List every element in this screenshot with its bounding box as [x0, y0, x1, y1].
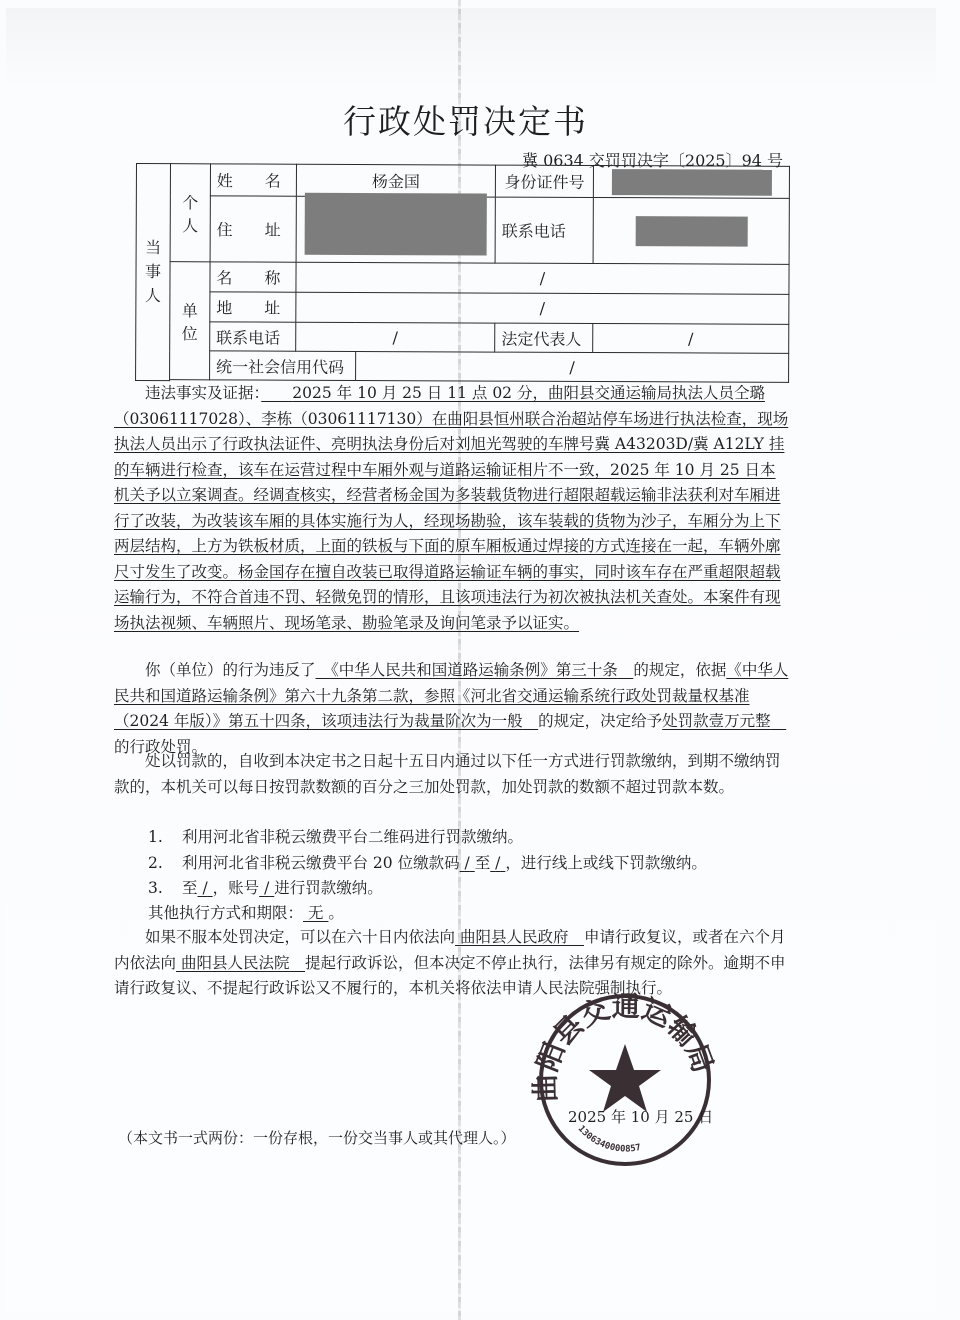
decision-section: 你（单位）的行为违反了 《中华人民共和国道路运输条例》第三十条 的规定，依据《中… [114, 658, 790, 760]
redaction-block [304, 193, 486, 256]
unit-phone-label: 联系电话 [210, 322, 296, 351]
document-title: 行政处罚决定书 [343, 96, 588, 143]
facts-text: 2025 年 10 月 25 日 11 点 02 分，曲阳县交通运输局执法人员仝… [114, 384, 788, 632]
payment-methods: 1.利用河北省非税云缴费平台二维码进行罚款缴纳。 2.利用河北省非税云缴费平台 … [114, 825, 824, 902]
payment-intro: 处以罚款的，自收到本决定书之日起十五日内通过以下任一方式进行罚款缴纳，到期不缴纳… [114, 749, 790, 800]
star-icon [589, 1044, 661, 1112]
id-value [593, 165, 789, 198]
seal-code: 1306340000857 [576, 1124, 642, 1155]
facts-label: 违法事实及证据： [145, 384, 261, 402]
appeal-section: 如果不服本处罚决定，可以在六十日内依法向 曲阳县人民政府 申请行政复议，或者在六… [114, 925, 790, 1002]
individual-phone-value [593, 197, 789, 264]
payment-method-2: 2.利用河北省非税云缴费平台 20 位缴款码 / 至 / ，进行线上或线下罚款缴… [148, 851, 824, 877]
unit-phone-value: / [296, 322, 495, 352]
unit-address-value: / [296, 292, 789, 324]
violated-law: 《中华人民共和国道路运输条例》第三十条 [316, 661, 634, 679]
individual-phone-label: 联系电话 [495, 197, 593, 263]
facts-section: 违法事实及证据： 2025 年 10 月 25 日 11 点 02 分，曲阳县交… [114, 381, 790, 636]
decision-prefix: 你（单位）的行为违反了 [145, 661, 316, 679]
official-seal: 曲阳县交通运输局 1306340000857 [530, 992, 720, 1167]
individual-group-label: 个人 [170, 164, 210, 262]
unit-name-value: / [296, 262, 789, 294]
redaction-block [635, 216, 747, 246]
address-value [296, 196, 496, 263]
court: 曲阳县人民法院 [176, 954, 305, 972]
unit-name-label: 名 称 [210, 262, 296, 292]
review-body: 曲阳县人民政府 [455, 928, 584, 946]
redaction-block [611, 169, 771, 196]
unit-address-label: 地 址 [210, 292, 296, 322]
svg-text:1306340000857: 1306340000857 [576, 1124, 642, 1155]
decision-mid: 的规定，依据 [633, 661, 726, 679]
legal-rep-label: 法定代表人 [495, 323, 593, 352]
payment-method-1: 1.利用河北省非税云缴费平台二维码进行罚款缴纳。 [148, 825, 824, 851]
unit-group-label: 单位 [170, 262, 210, 380]
other-enforcement: 其他执行方式和期限： 无 。 [114, 901, 824, 927]
credit-code-label: 统一社会信用代码 [209, 351, 355, 381]
party-table: 当事人 个人 姓 名 杨金国 身份证件号 住 址 联系电话 单位 名 称 / 地… [135, 163, 790, 383]
issue-date: 2025 年 10 月 25 日 [568, 1106, 713, 1127]
decision-mid2: 的规定，决定给予 [538, 712, 662, 730]
legal-rep-value: / [593, 323, 789, 353]
footnote: （本文书一式两份：一份存根，一份交当事人或其代理人。） [118, 1127, 516, 1148]
name-label: 姓 名 [210, 164, 296, 196]
party-header: 当事人 [136, 164, 171, 381]
address-label: 住 址 [210, 196, 296, 262]
payment-method-3: 3.至 / ，账号 / 进行罚款缴纳。 [148, 876, 824, 902]
id-label: 身份证件号 [495, 165, 593, 197]
credit-code-value: / [355, 351, 788, 382]
penalty: 处罚款壹万元整 [662, 712, 786, 730]
